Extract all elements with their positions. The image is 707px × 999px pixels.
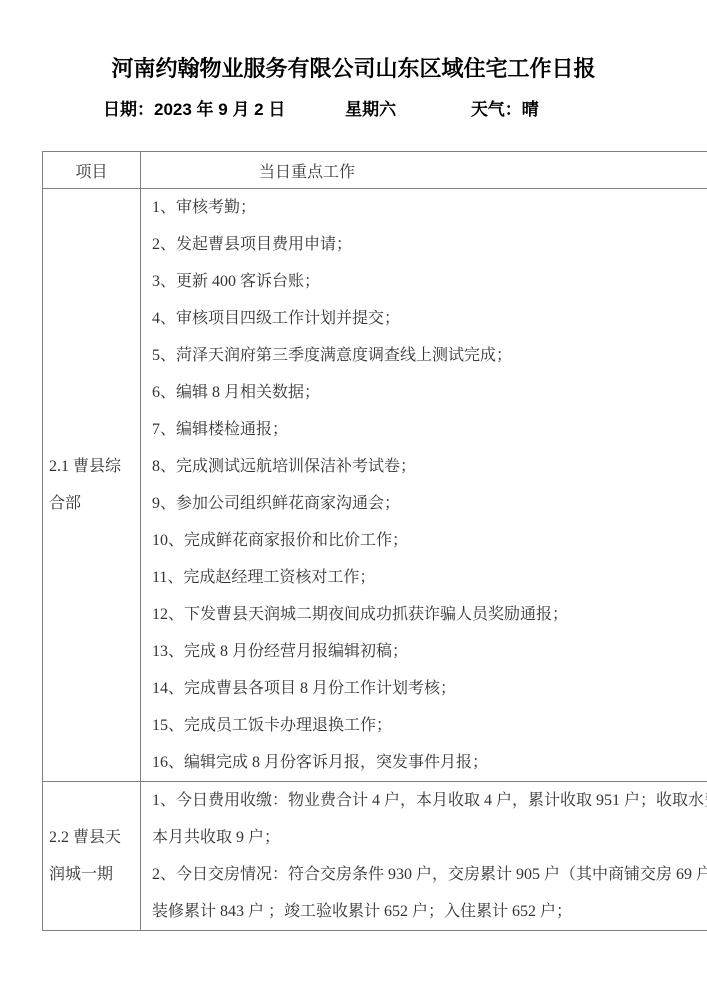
weekday-value: 星期六 — [345, 100, 396, 119]
table-row: 2.2 曹县天 润城一期1、今日费用收缴：物业费合计 4 户，本月收取 4 户，… — [43, 782, 707, 931]
table-body: 2.1 曹县综 合部1、审核考勤；2、发起曹县项目费用申请；3、更新 400 客… — [43, 189, 707, 931]
work-item: 3、更新 400 客诉台账； — [152, 263, 707, 300]
weather-value: 天气：晴 — [471, 100, 539, 119]
header-cell-work: 当日重点工作 — [141, 152, 707, 189]
work-items-cell: 1、审核考勤；2、发起曹县项目费用申请；3、更新 400 客诉台账；4、审核项目… — [141, 189, 707, 782]
date-value: 日期：2023 年 9 月 2 日 — [103, 100, 285, 119]
date-line: 日期：2023 年 9 月 2 日 星期六 天气：晴 — [103, 98, 707, 122]
work-item: 11、完成赵经理工资核对工作； — [152, 559, 707, 596]
table-row: 2.1 曹县综 合部1、审核考勤；2、发起曹县项目费用申请；3、更新 400 客… — [43, 189, 707, 782]
work-item: 7、编辑楼检通报； — [152, 411, 707, 448]
header-cell-project: 项目 — [43, 152, 141, 189]
work-item: 13、完成 8 月份经营月报编辑初稿； — [152, 633, 707, 670]
work-item: 16、编辑完成 8 月份客诉月报，突发事件月报； — [152, 744, 707, 781]
work-item: 4、审核项目四级工作计划并提交； — [152, 300, 707, 337]
work-item: 6、编辑 8 月相关数据； — [152, 374, 707, 411]
daily-report-table: 项目 当日重点工作 2.1 曹县综 合部1、审核考勤；2、发起曹县项目费用申请；… — [42, 151, 707, 931]
work-item: 8、完成测试远航培训保洁补考试卷； — [152, 448, 707, 485]
work-item: 9、参加公司组织鲜花商家沟通会； — [152, 485, 707, 522]
work-item: 1、审核考勤； — [152, 189, 707, 226]
project-label: 2.2 曹县天 润城一期 — [43, 782, 141, 931]
work-item: 15、完成员工饭卡办理退换工作； — [152, 707, 707, 744]
work-item: 2、发起曹县项目费用申请； — [152, 226, 707, 263]
work-item: 5、菏泽天润府第三季度满意度调查线上测试完成； — [152, 337, 707, 374]
work-item: 10、完成鲜花商家报价和比价工作； — [152, 522, 707, 559]
work-item: 1、今日费用收缴：物业费合计 4 户，本月收取 4 户，累计收取 951 户；收… — [152, 782, 707, 856]
table-header: 项目 当日重点工作 — [43, 152, 707, 189]
work-item: 14、完成曹县各项目 8 月份工作计划考核； — [152, 670, 707, 707]
document-page: 河南约翰物业服务有限公司山东区域住宅工作日报 日期：2023 年 9 月 2 日… — [0, 52, 707, 931]
page-title: 河南约翰物业服务有限公司山东区域住宅工作日报 — [0, 52, 707, 86]
project-label: 2.1 曹县综 合部 — [43, 189, 141, 782]
work-items-cell: 1、今日费用收缴：物业费合计 4 户，本月收取 4 户，累计收取 951 户；收… — [141, 782, 707, 931]
header-row: 项目 当日重点工作 — [43, 152, 707, 189]
work-item: 12、下发曹县天润城二期夜间成功抓获诈骗人员奖励通报； — [152, 596, 707, 633]
work-item: 2、今日交房情况：符合交房条件 930 户，交房累计 905 户（其中商铺交房 … — [152, 856, 707, 930]
